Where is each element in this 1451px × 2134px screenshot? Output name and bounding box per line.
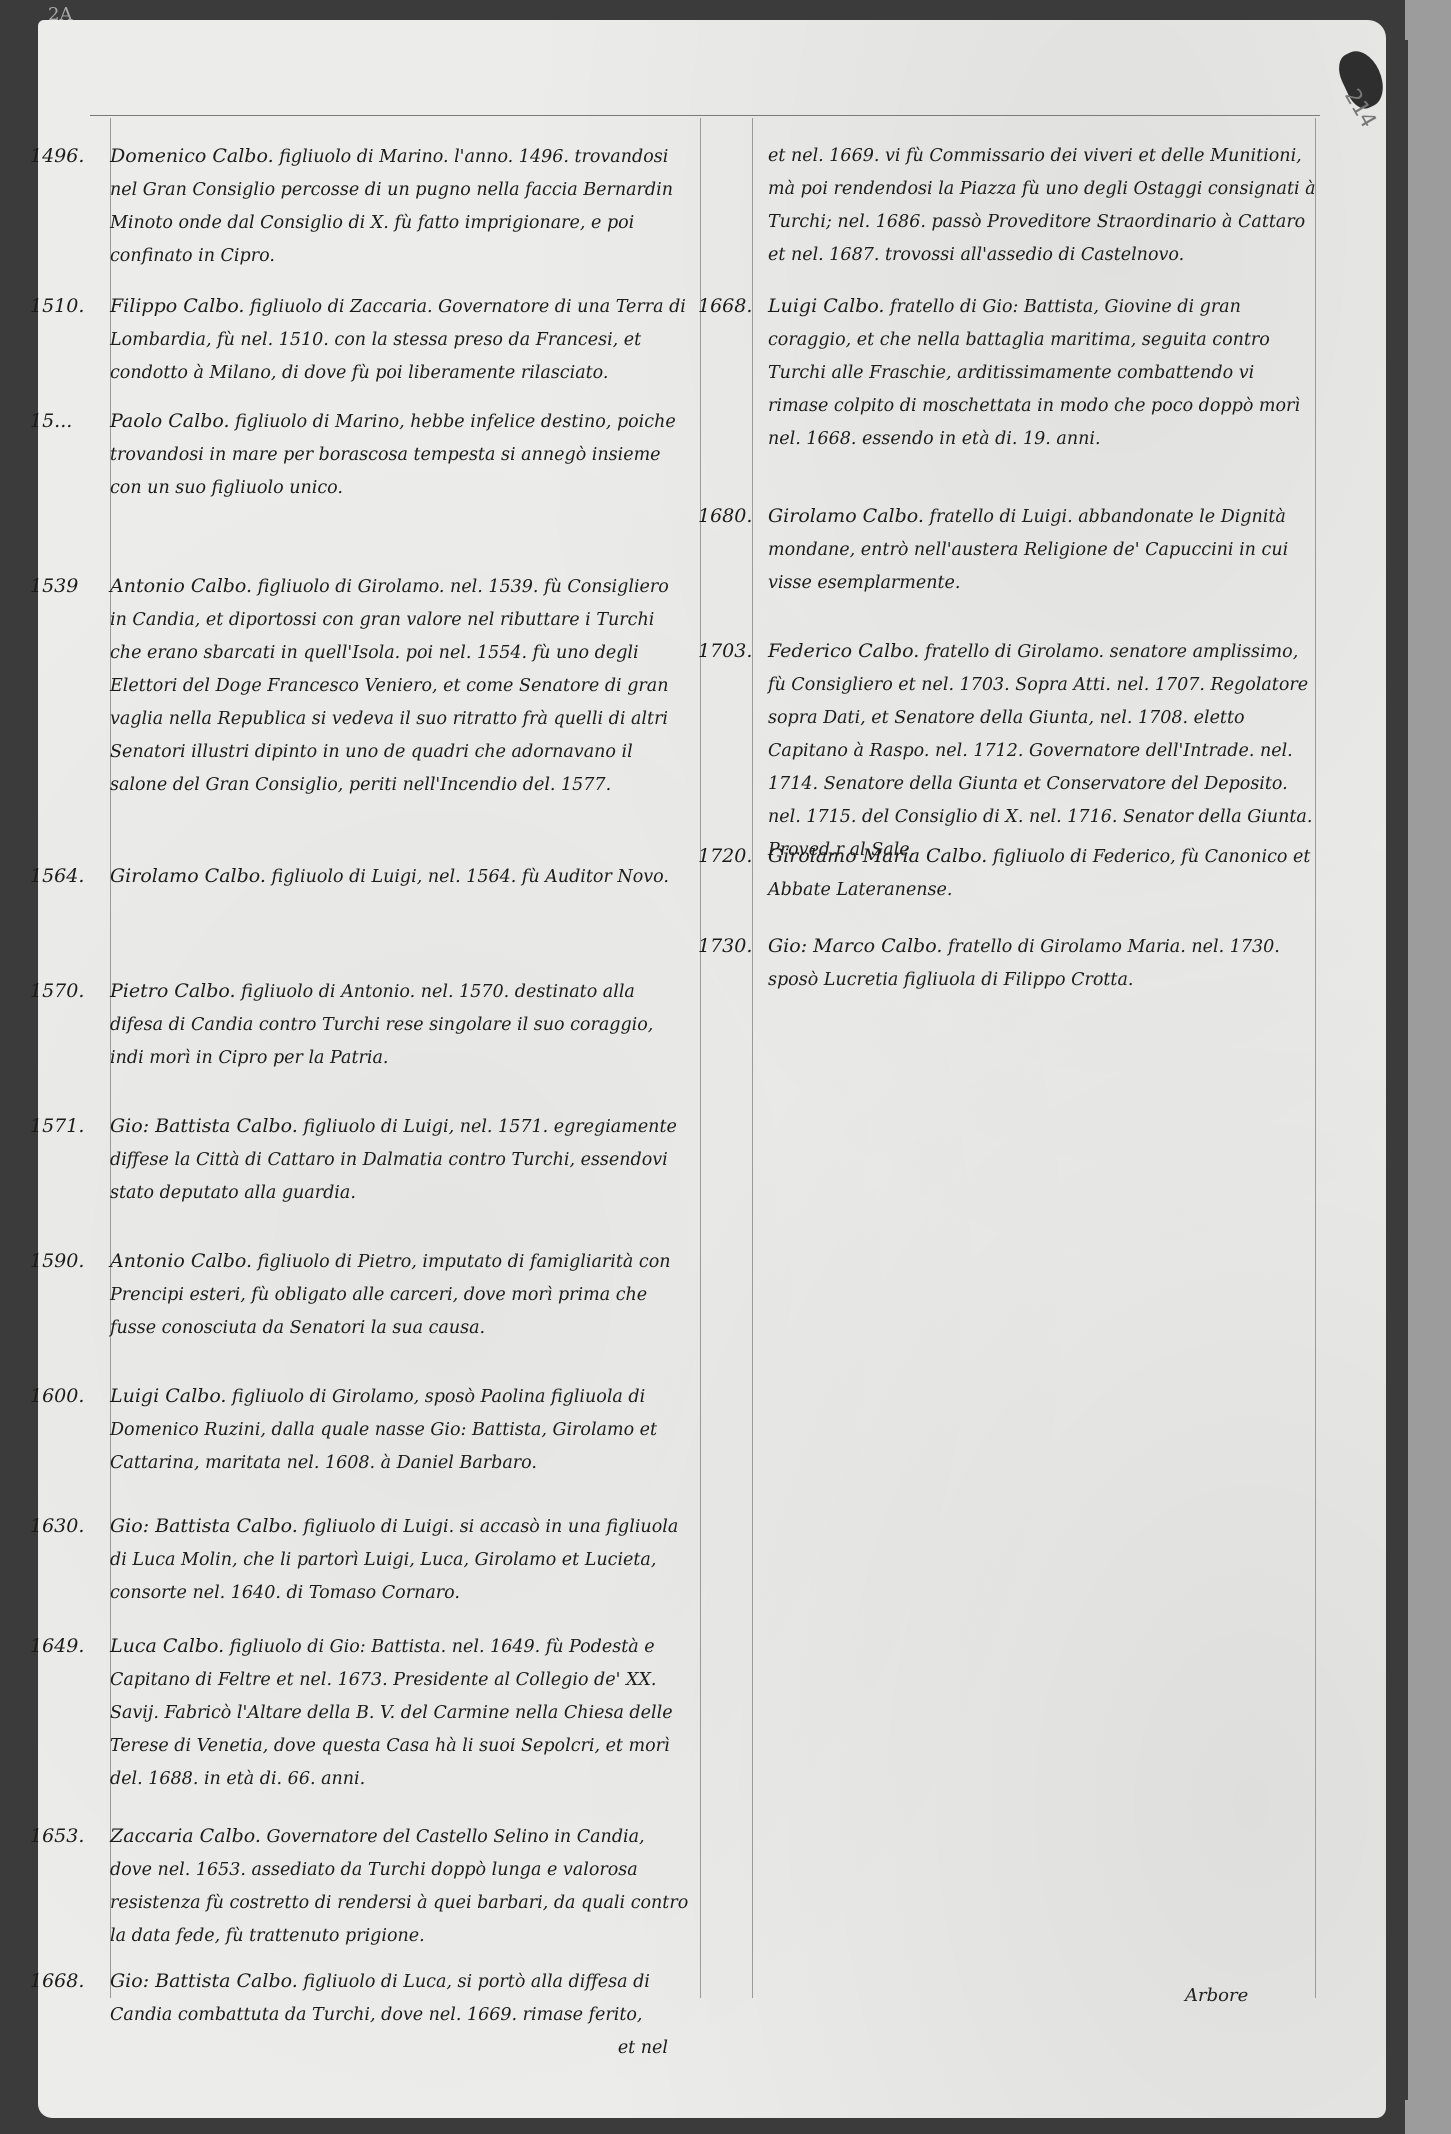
entry-year: 1510. — [30, 290, 110, 323]
entry-name: Girolamo Calbo. — [110, 865, 266, 887]
entry-1590: 1590. Antonio Calbo. figliuolo di Pietro… — [30, 1245, 690, 1345]
entry-1510: 1510. Filippo Calbo. figliuolo di Zaccar… — [30, 290, 690, 390]
corner-mark: 2A — [48, 4, 72, 25]
entry-1720: 1720. Girolamo Maria Calbo. figliuolo di… — [698, 840, 1318, 907]
entry-year: 1730. — [698, 930, 768, 963]
entry-name: Luigi Calbo. — [110, 1385, 226, 1407]
entry-name: Antonio Calbo. — [110, 1250, 252, 1272]
entry-text: figliuolo di Gio: Battista. nel. 1649. f… — [110, 1637, 673, 1789]
entry-1649: 1649. Luca Calbo. figliuolo di Gio: Batt… — [30, 1630, 690, 1796]
entry-name: Zaccaria Calbo. — [110, 1825, 261, 1847]
entry-year: 1668. — [698, 290, 768, 323]
entry-name: Gio: Battista Calbo. — [110, 1115, 298, 1137]
entry-1668-luigi: 1668. Luigi Calbo. fratello di Gio: Batt… — [698, 290, 1318, 456]
entry-year: 1564. — [30, 860, 110, 893]
entry-year: 1600. — [30, 1380, 110, 1413]
entry-text: et nel. 1669. vi fù Commissario dei vive… — [768, 140, 1318, 272]
entry-text: fratello di Girolamo. senatore amplissim… — [768, 642, 1312, 860]
catchword: Arbore — [1185, 1985, 1248, 2006]
entry-year: 1496. — [30, 140, 110, 173]
entry-text: figliuolo di Girolamo. nel. 1539. fù Con… — [110, 577, 669, 795]
entry-1703: 1703. Federico Calbo. fratello di Girola… — [698, 635, 1318, 867]
entry-year: 1539 — [30, 570, 110, 603]
entry-year: 1571. — [30, 1110, 110, 1143]
entry-1539: 1539 Antonio Calbo. figliuolo di Girolam… — [30, 570, 690, 802]
entry-name: Gio: Battista Calbo. — [110, 1970, 298, 1992]
entry-name: Gio: Battista Calbo. — [110, 1515, 298, 1537]
scanner-background-strip — [1405, 0, 1451, 2134]
entry-year: 1570. — [30, 975, 110, 1008]
entry-name: Luca Calbo. — [110, 1635, 224, 1657]
entry-year: 1703. — [698, 635, 768, 668]
entry-name: Filippo Calbo. — [110, 295, 244, 317]
entry-15xx: 15... Paolo Calbo. figliuolo di Marino, … — [30, 405, 690, 505]
entry-continuation: et nel. 1669. vi fù Commissario dei vive… — [698, 140, 1318, 272]
entry-year: 1720. — [698, 840, 768, 873]
entry-1496: 1496. Domenico Calbo. figliuolo di Marin… — [30, 140, 690, 273]
entry-name: Domenico Calbo. — [110, 145, 274, 167]
entry-year: 1649. — [30, 1630, 110, 1663]
entry-text: figliuolo di Luigi, nel. 1564. fù Audito… — [272, 867, 669, 887]
entry-1600: 1600. Luigi Calbo. figliuolo di Girolamo… — [30, 1380, 690, 1480]
entry-year: 1668. — [30, 1965, 110, 1998]
top-ruled-line — [90, 115, 1320, 116]
entry-text: fratello di Gio: Battista, Giovine di gr… — [768, 297, 1300, 449]
entry-1653: 1653. Zaccaria Calbo. Governatore del Ca… — [30, 1820, 690, 1953]
entry-1680: 1680. Girolamo Calbo. fratello di Luigi.… — [698, 500, 1318, 600]
entry-1668-gio-battista: 1668. Gio: Battista Calbo. figliuolo di … — [30, 1965, 690, 2065]
entry-name: Paolo Calbo. — [110, 410, 230, 432]
entry-name: Luigi Calbo. — [768, 295, 884, 317]
entry-year: 1590. — [30, 1245, 110, 1278]
entry-name: Girolamo Maria Calbo. — [768, 845, 987, 867]
entry-1730: 1730. Gio: Marco Calbo. fratello di Giro… — [698, 930, 1318, 997]
entry-name: Federico Calbo. — [768, 640, 919, 662]
entry-name: Antonio Calbo. — [110, 575, 252, 597]
page-edge-shadow — [1386, 40, 1408, 2100]
entry-name: Girolamo Calbo. — [768, 505, 924, 527]
entry-tail: et nel — [110, 2032, 690, 2065]
entry-1564: 1564. Girolamo Calbo. figliuolo di Luigi… — [30, 860, 690, 894]
entry-year: 1630. — [30, 1510, 110, 1543]
entry-year: 1680. — [698, 500, 768, 533]
entry-1570: 1570. Pietro Calbo. figliuolo di Antonio… — [30, 975, 690, 1075]
entry-1571: 1571. Gio: Battista Calbo. figliuolo di … — [30, 1110, 690, 1210]
entry-name: Pietro Calbo. — [110, 980, 236, 1002]
entry-year: 1653. — [30, 1820, 110, 1853]
entry-1630: 1630. Gio: Battista Calbo. figliuolo di … — [30, 1510, 690, 1610]
entry-year: 15... — [30, 405, 110, 438]
entry-name: Gio: Marco Calbo. — [768, 935, 942, 957]
